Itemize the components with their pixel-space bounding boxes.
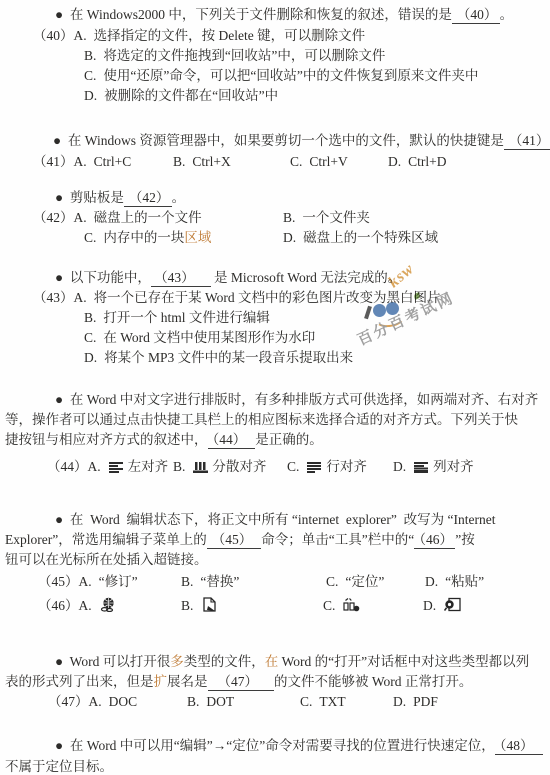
q44-stem-line3: 捷按钮与相应对齐方式的叙述中，（44）是正确的。: [5, 431, 323, 450]
q41-option-a: （41）A.Ctrl+C: [33, 153, 131, 172]
q47-option-c: C.TXT: [300, 693, 346, 712]
insert-table-icon: [343, 597, 360, 617]
q40-option-d: D.被删除的文件都在“回收站”中: [84, 87, 278, 106]
q42-option-a: （42）A.磁盘上的一个文件: [33, 209, 202, 228]
q46-option-b: B.: [181, 597, 222, 616]
q47-option-b: B.DOT: [187, 693, 234, 712]
q47-option-a: （47）A.DOC: [48, 693, 137, 712]
watermark-tinted-text: 多: [170, 654, 184, 669]
q44-option-c: C.行对齐: [287, 458, 367, 477]
exam-page: ● 在 Windows2000 中，下列关于文件删除和恢复的叙述，错误的是（40…: [0, 0, 550, 775]
q45-stem-line3: 钮可以在光标所在处插入超链接。: [5, 551, 208, 570]
q42-option-b: B.一个文件夹: [283, 209, 370, 228]
q43-option-a: （43）A.将一个已存在于某 Word 文档中的彩色图片改变为黑白图片: [33, 289, 441, 308]
q43-stem: ● 以下功能中，（43） 是 Microsoft Word 无法完成的。: [55, 269, 401, 288]
q43-option-c: C.在 Word 文档中使用某图形作为水印: [84, 329, 315, 348]
q41-option-d: D.Ctrl+D: [388, 153, 447, 172]
q45-option-b: B.“替换”: [181, 573, 239, 592]
q40-option-a: （40）A.选择指定的文件，按 Delete 键，可以删除文件: [33, 27, 365, 46]
q44-stem-line2: 等，操作者可以通过点击快捷工具栏上的相应图标来选择合适的对齐方式。下列关于快: [5, 411, 518, 430]
q42-blank: （42）: [124, 190, 172, 207]
q44-blank: （44）: [208, 432, 256, 449]
page-document-icon: [201, 597, 218, 617]
q42-option-d: D.磁盘上的一个特殊区域: [283, 229, 438, 248]
align-distribute-icon: [193, 460, 208, 478]
q48-stem-line1: ● 在 Word 中可以用“编辑”→“定位”命令对需要寻找的位置进行快速定位，（…: [55, 737, 543, 756]
q40-option-b: B.将选定的文件拖拽到“回收站”中，可以删除文件: [84, 47, 385, 66]
q42-option-c: C.内存中的一块区域: [84, 229, 211, 248]
q46-option-a: （46）A.: [38, 597, 121, 616]
q41-option-c: C.Ctrl+V: [290, 153, 348, 172]
q46-option-c: C.: [323, 597, 364, 616]
q44-option-d: D.列对齐: [393, 458, 474, 477]
q48-stem-line2: 不属于定位目标。: [5, 758, 113, 775]
q43-option-b: B.打开一个 html 文件进行编辑: [84, 309, 270, 328]
q40-stem: ● 在 Windows2000 中，下列关于文件删除和恢复的叙述，错误的是（40…: [55, 6, 513, 25]
q43-option-d: D.将某个 MP3 文件中的某一段音乐提取出来: [84, 349, 353, 368]
q44-option-a: （44）A.左对齐: [47, 458, 168, 477]
q45-stem-line2: Explorer”，常选用编辑子菜单上的（45）命令；单击“工具”栏中的“（46…: [5, 531, 475, 550]
align-column-icon: [414, 460, 429, 478]
q48-blank: （48）: [495, 738, 543, 755]
q47-stem-line1: ● Word 可以打开很多类型的文件，在 Word 的“打开”对话框中对这些类型…: [55, 653, 529, 672]
q40-stem-text: ● 在 Windows2000 中，下列关于文件删除和恢复的叙述，错误的是: [55, 7, 452, 22]
q40-blank: （40）: [452, 7, 500, 24]
insert-hyperlink-icon: [100, 597, 117, 617]
q41-stem: ● 在 Windows 资源管理器中，如果要剪切一个选中的文件，默认的快捷键是（…: [53, 132, 550, 151]
q40-option-c: C.使用“还原”命令，可以把“回收站”中的文件恢复到原来文件夹中: [84, 67, 478, 86]
watermark-tinted-text: 区域: [184, 230, 211, 245]
q44-option-b: B.分散对齐: [173, 458, 266, 477]
align-row-icon: [307, 460, 322, 478]
print-preview-icon: [444, 597, 461, 617]
q47-stem-line2: 表的形式列了出来，但是扩展名是（47）的文件不能够被 Word 正常打开。: [5, 673, 472, 692]
q42-stem: ● 剪贴板是（42）。: [55, 189, 185, 208]
q46-blank: （46）: [414, 532, 455, 549]
q43-blank: （43）: [151, 270, 211, 287]
q44-stem-line1: ● 在 Word 中对文字进行排版时，有多种排版方式可供选择，如两端对齐、右对齐: [55, 391, 538, 410]
align-left-icon: [109, 460, 124, 478]
q41-blank: （41）: [504, 133, 550, 150]
q41-option-b: B.Ctrl+X: [173, 153, 231, 172]
q45-option-c: C.“定位”: [326, 573, 384, 592]
q46-option-d: D.: [423, 597, 465, 616]
q45-stem-line1: ● 在 Word 编辑状态下，将正文中所有 “internet explorer…: [55, 511, 495, 530]
watermark-orange-arc: [373, 306, 406, 329]
watermark-tinted-text: 扩: [154, 674, 168, 689]
q45-option-d: D.“粘贴”: [425, 573, 484, 592]
q45-blank: （45）: [207, 532, 262, 549]
q47-blank: （47）: [208, 674, 275, 691]
watermark-tinted-text: 在: [265, 654, 279, 669]
q47-option-d: D.PDF: [393, 693, 438, 712]
q45-option-a: （45）A.“修订”: [38, 573, 138, 592]
